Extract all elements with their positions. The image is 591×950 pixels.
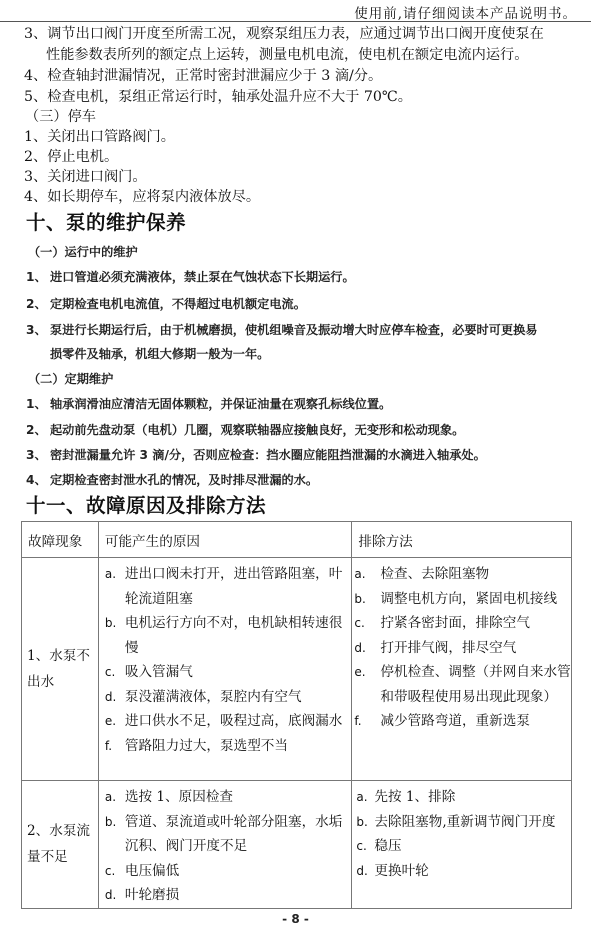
running-item-3-line-2: 损零件及轴承，机组大修期一般为一年。 (50, 345, 269, 362)
startup-item-3-line-1: 3、调节出口阀门开度至所需工况，观察泵组压力表，应通过调节出口阀开度使泵在 (24, 25, 544, 44)
cause-item: e.进口供水不足，吸程过高，底阀漏水 (99, 709, 348, 734)
remedy-item: e.停机检查、调整（并网自来水管和带吸程使用易出现此现象） (352, 660, 571, 709)
periodic-item-4: 4、定期检查密封泄水孔的情况，及时排尽泄漏的水。 (26, 471, 318, 488)
running-item-3-line-1: 3、泵进行长期运行后，由于机械磨损，使机组噪音及振动增大时应停车检查，必要时可更… (26, 321, 538, 338)
running-item-1: 1、进口管道必须充满液体，禁止泵在气蚀状态下长期运行。 (26, 268, 355, 285)
cause-item: f.管路阻力过大，泵选型不当 (99, 734, 348, 759)
table-header-row: 故障现象 可能产生的原因 排除方法 (22, 522, 572, 558)
header-divider (0, 21, 591, 22)
cause-item: c.电压偏低 (99, 859, 348, 884)
symptom-cell: 2、水泵流量不足 (22, 781, 99, 909)
shutdown-item-4: 4、如长期停车，应将泵内液体放尽。 (24, 188, 260, 207)
remedy-item: b.调整电机方向，紧固电机接线 (352, 587, 571, 612)
running-item-2: 2、定期检查电机电流值，不得超过电机额定电流。 (26, 295, 306, 312)
startup-item-4: 4、检查轴封泄漏情况，正常时密封泄漏应少于 3 滴/分。 (24, 67, 382, 86)
fault-table: 故障现象 可能产生的原因 排除方法 1、水泵不出水 a.进出口阀未打开，进出管路… (21, 521, 572, 909)
header-symptom: 故障现象 (22, 522, 99, 558)
section-11-title: 十一、故障原因及排除方法 (26, 490, 266, 518)
startup-item-5: 5、检查电机，泵组正常运行时，轴承处温升应不大于 70℃。 (24, 88, 412, 107)
causes-cell: a.进出口阀未打开，进出管路阻塞，叶轮流道阻塞 b.电机运行方向不对，电机缺相转… (98, 558, 352, 781)
remedy-item: a.先按 1、排除 (352, 785, 571, 810)
shutdown-item-3: 3、关闭进口阀门。 (24, 168, 147, 187)
shutdown-title: （三）停车 (25, 108, 96, 127)
cause-item: d.叶轮磨损 (99, 883, 348, 908)
cause-item: d.泵没灌满液体，泵腔内有空气 (99, 685, 348, 710)
remedy-item: f.减少管路弯道，重新选泵 (352, 709, 571, 734)
remedy-item: d.更换叶轮 (352, 859, 571, 884)
periodic-item-2: 2、起动前先盘动泵（电机）几圈，观察联轴器应接触良好，无变形和松动现象。 (26, 421, 464, 438)
remedy-item: c.稳压 (352, 834, 571, 859)
page-number: - 8 - (0, 912, 591, 926)
cause-item: a.进出口阀未打开，进出管路阻塞，叶轮流道阻塞 (99, 562, 348, 611)
running-maintenance-title: （一）运行中的维护 (28, 243, 138, 260)
remedy-item: b.去除阻塞物,重新调节阀门开度 (352, 810, 571, 835)
startup-item-3-line-2: 性能参数表所列的额定点上运转，测量电机电流，使电机在额定电流内运行。 (46, 46, 528, 65)
cause-item: b.电机运行方向不对，电机缺相转速很慢 (99, 611, 348, 660)
table-row: 2、水泵流量不足 a.选按 1、原因检查 b.管道、泵流道或叶轮部分阻塞，水垢沉… (22, 781, 572, 909)
periodic-maintenance-title: （二）定期维护 (28, 370, 113, 387)
cause-item: b.管道、泵流道或叶轮部分阻塞，水垢沉积、阀门开度不足 (99, 810, 348, 859)
remedy-item: a.检查、去除阻塞物 (352, 562, 571, 587)
cause-item: c.吸入管漏气 (99, 660, 348, 685)
shutdown-item-2: 2、停止电机。 (24, 148, 118, 167)
periodic-item-3: 3、密封泄漏量允许 3 滴/分，否则应检查：挡水圈应能阻挡泄漏的水滴进入轴承处。 (26, 446, 486, 463)
table-row: 1、水泵不出水 a.进出口阀未打开，进出管路阻塞，叶轮流道阻塞 b.电机运行方向… (22, 558, 572, 781)
remedy-item: d.打开排气阀，排尽空气 (352, 636, 571, 661)
page-header-text: 使用前,请仔细阅读本产品说明书。 (354, 2, 577, 22)
header-remedies: 排除方法 (352, 522, 572, 558)
section-10-title: 十、泵的维护保养 (26, 207, 186, 235)
periodic-item-1: 1、轴承润滑油应清洁无固体颗粒，并保证油量在观察孔标线位置。 (26, 395, 391, 412)
causes-cell: a.选按 1、原因检查 b.管道、泵流道或叶轮部分阻塞，水垢沉积、阀门开度不足 … (98, 781, 352, 909)
remedies-cell: a.先按 1、排除 b.去除阻塞物,重新调节阀门开度 c.稳压 d.更换叶轮 (352, 781, 572, 909)
remedy-item: c.拧紧各密封面，排除空气 (352, 611, 571, 636)
remedies-cell: a.检查、去除阻塞物 b.调整电机方向，紧固电机接线 c.拧紧各密封面，排除空气… (352, 558, 572, 781)
header-causes: 可能产生的原因 (98, 522, 352, 558)
cause-item: a.选按 1、原因检查 (99, 785, 348, 810)
shutdown-item-1: 1、关闭出口管路阀门。 (24, 128, 175, 147)
symptom-cell: 1、水泵不出水 (22, 558, 99, 781)
